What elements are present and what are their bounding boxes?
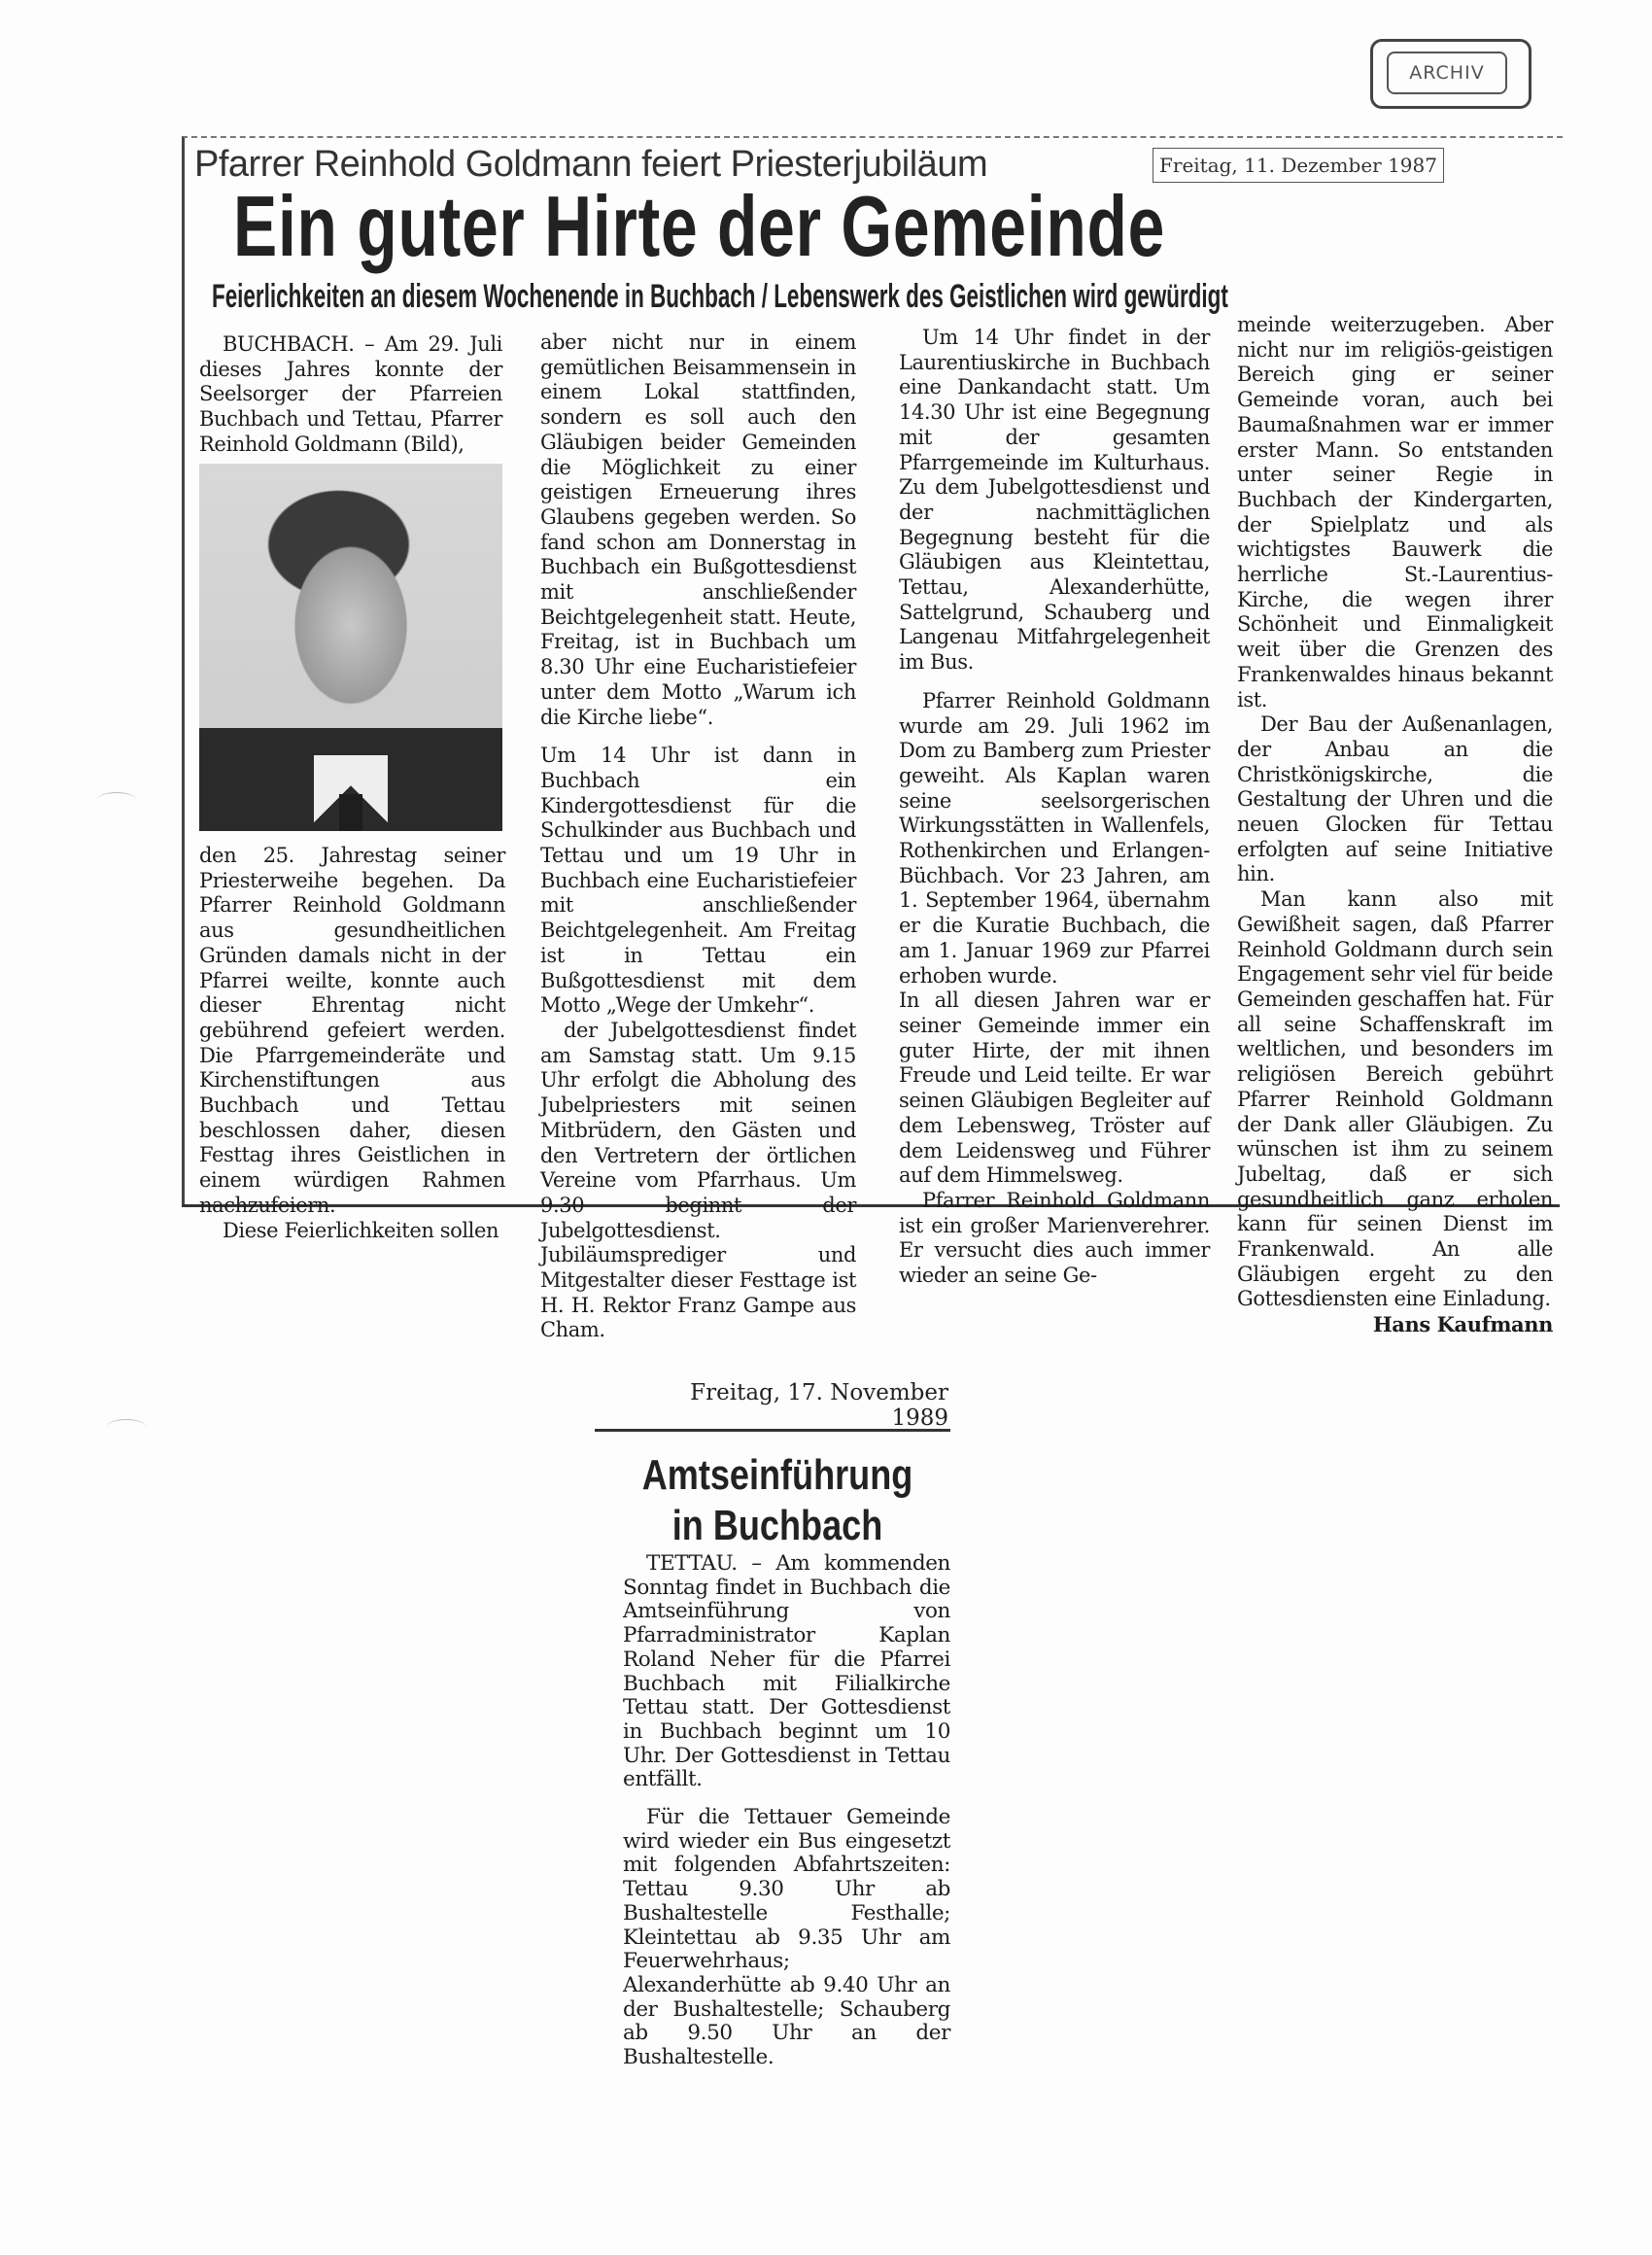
paragraph: Um 14 Uhr findet in der Laurentiuskirche… [899, 326, 1210, 676]
paragraph: Diese Feierlichkeiten sollen [199, 1219, 505, 1244]
paragraph: Man kann also mit Gewißheit sagen, daß P… [1237, 887, 1553, 1312]
paragraph: der Jubelgottesdienst findet am Samstag … [540, 1019, 856, 1343]
article-1-date: Freitag, 11. Dezember 1987 [1153, 148, 1444, 183]
paragraph: In all diesen Jahren war er seiner Gemei… [899, 989, 1210, 1189]
article-1-subheadline: Feierlichkeiten an diesem Wochenende in … [212, 278, 1228, 316]
article-2-body: TETTAU. – Am kommenden Sonntag findet in… [623, 1552, 950, 2070]
byline: Hans Kaufmann [1237, 1312, 1553, 1337]
article-2-headline: Amtseinführung in Buchbach [626, 1450, 929, 1551]
paragraph: meinde weiterzugeben. Aber nicht nur im … [1237, 313, 1553, 712]
photo-tie [339, 794, 362, 831]
archive-stamp: ARCHIV [1370, 39, 1532, 109]
portrait-photo [199, 464, 502, 831]
paragraph: Der Bau der Außenanlagen, der Anbau an d… [1237, 712, 1553, 887]
article-1-column-1-bottom: den 25. Jahrestag seiner Priesterweihe b… [199, 844, 505, 1243]
paragraph: den 25. Jahrestag seiner Priesterweihe b… [199, 844, 505, 1219]
article-1-headline: Ein guter Hirte der Gemeinde [233, 177, 1165, 276]
article-1-column-4: meinde weiterzugeben. Aber nicht nur im … [1237, 313, 1553, 1337]
article-1-column-2: aber nicht nur in einem gemütlichen Beis… [540, 330, 856, 1343]
article-2-date: Freitag, 17. November 1989 [657, 1380, 948, 1431]
paragraph: TETTAU. – Am kommenden Sonntag findet in… [623, 1552, 950, 1792]
article-1-column-3: Um 14 Uhr findet in der Laurentiuskirche… [899, 326, 1210, 1289]
paragraph: Pfarrer Reinhold Goldmann wurde am 29. J… [899, 689, 1210, 989]
paragraph: Für die Tettauer Gemeinde wird wieder ei… [623, 1806, 950, 2070]
archive-stamp-label: ARCHIV [1387, 52, 1507, 94]
article-2-rule [595, 1429, 950, 1432]
paragraph: Um 14 Uhr ist dann in Buchbach ein Kinde… [540, 744, 856, 1019]
punch-hole-mark [97, 792, 136, 807]
punch-hole-mark [107, 1419, 146, 1434]
paragraph: aber nicht nur in einem gemütlichen Beis… [540, 330, 856, 730]
paragraph: BUCHBACH. – Am 29. Juli dieses Jahres ko… [199, 332, 502, 458]
paragraph: Pfarrer Reinhold Goldmann ist ein großer… [899, 1189, 1210, 1289]
article-1-column-1-top: BUCHBACH. – Am 29. Juli dieses Jahres ko… [199, 332, 502, 458]
headline-line-1: Amtseinführung [626, 1450, 929, 1501]
headline-line-2: in Buchbach [626, 1501, 929, 1551]
